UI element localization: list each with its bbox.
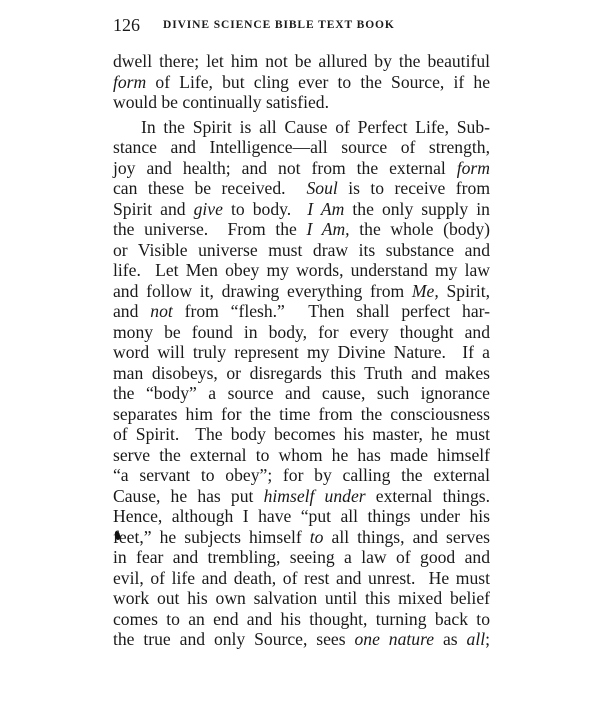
text-line: word will truly represent my Divine Natu… [113,342,490,363]
italic-text: not [150,301,172,321]
text-segment: man disobeys, or disregards this Truth a… [113,363,490,383]
paragraph: In the Spirit is all Cause of Perfect Li… [113,117,490,650]
text-segment: is to receive from [338,178,490,198]
text-line: stance and Intelligence—all source of st… [113,137,490,158]
italic-text: form [457,158,490,178]
text-segment: the only supply in [344,199,490,219]
text-segment: mony be found in body, for every thought… [113,322,490,342]
text-line: work out his own salvation until this mi… [113,588,490,609]
running-title: DIVINE SCIENCE BIBLE TEXT BOOK [163,17,395,33]
text-line: the universe. From the I Am, the whole (… [113,219,490,240]
italic-text: himself under [264,486,366,506]
text-segment: in fear and trembling, seeing a law of g… [113,547,490,567]
text-segment: Spirit and [113,199,194,219]
text-segment: life. Let Men obey my words, understand … [113,260,490,280]
text-segment: or Visible universe must draw its substa… [113,240,490,260]
text-line: and not from “flesh.” Then shall perfect… [113,301,490,322]
italic-text: Soul [306,178,337,198]
text-segment: of Life, but cling ever to the Source, i… [146,72,490,92]
text-line: and follow it, drawing everything from M… [113,281,490,302]
text-segment: Hence, although I have “put all things u… [113,506,490,526]
text-segment: the “body” a source and cause, such igno… [113,383,490,403]
text-line: in fear and trembling, seeing a law of g… [113,547,490,568]
running-head: 126 DIVINE SCIENCE BIBLE TEXT BOOK [113,14,490,36]
text-segment: stance and Intelligence—all source of st… [113,137,490,157]
paragraph: dwell there; let him not be allured by t… [113,51,490,113]
text-line: the true and only Source, sees one natur… [113,629,490,650]
italic-text: Me, [412,281,439,301]
text-line: mony be found in body, for every thought… [113,322,490,343]
body-text: dwell there; let him not be allured by t… [113,51,490,650]
text-segment: external things. [366,486,490,506]
text-segment: comes to an end and his thought, turning… [113,609,490,629]
text-segment: ; [485,629,490,649]
text-line: joy and health; and not from the externa… [113,158,490,179]
text-segment: the universe. From the [113,219,307,239]
text-line: evil, of life and death, of rest and unr… [113,568,490,589]
text-line: Hence, although I have “put all things u… [113,506,490,527]
text-segment: word will truly represent my Divine Natu… [113,342,490,362]
text-segment: from “flesh.” Then shall perfect har- [173,301,490,321]
text-segment: to body. [223,199,307,219]
text-segment: joy and health; and not from the externa… [113,158,457,178]
text-line: serve the external to whom he has made h… [113,445,490,466]
text-line: comes to an end and his thought, turning… [113,609,490,630]
text-segment: as [434,629,466,649]
text-line: would be continually satisfied. [113,92,490,113]
italic-text: I Am, [307,219,350,239]
text-segment: of Spirit. The body becomes his master, … [113,424,490,444]
italic-text: I Am [307,199,344,219]
text-segment: the true and only Source, sees [113,629,354,649]
text-line: Cause, he has put himself under external… [113,486,490,507]
text-line: man disobeys, or disregards this Truth a… [113,363,490,384]
italic-text: one nature [354,629,434,649]
text-segment: and follow it, drawing everything from [113,281,412,301]
text-line: form of Life, but cling ever to the Sour… [113,72,490,93]
text-segment: and [113,301,150,321]
text-segment: In the Spirit is all Cause of Perfect Li… [141,117,490,137]
text-line: dwell there; let him not be allured by t… [113,51,490,72]
text-line: or Visible universe must draw its substa… [113,240,490,261]
italic-text: to [310,527,324,547]
italic-text: all [467,629,486,649]
italic-text: form [113,72,146,92]
text-line: separates him for the time from the cons… [113,404,490,425]
text-segment: evil, of life and death, of rest and unr… [113,568,490,588]
page-number: 126 [113,14,140,36]
text-segment: Cause, he has put [113,486,264,506]
text-segment: “a servant to obey”; for by calling the … [113,465,490,485]
text-segment: separates him for the time from the cons… [113,404,490,424]
text-segment: Spirit, [439,281,490,301]
text-line: In the Spirit is all Cause of Perfect Li… [113,117,490,138]
text-segment: would be continually satisfied. [113,92,329,112]
text-line: Spirit and give to body. I Am the only s… [113,199,490,220]
text-line: life. Let Men obey my words, understand … [113,260,490,281]
text-segment: can these be received. [113,178,306,198]
text-segment: all things, and serves [323,527,490,547]
text-line: feet,” he subjects himself to all things… [113,527,490,548]
text-segment: the whole (body) [350,219,490,239]
text-line: “a servant to obey”; for by calling the … [113,465,490,486]
text-line: the “body” a source and cause, such igno… [113,383,490,404]
text-segment: feet,” he subjects himself [113,527,310,547]
italic-text: give [194,199,223,219]
text-segment: work out his own salvation until this mi… [113,588,490,608]
text-segment: dwell there; let him not be allured by t… [113,51,490,71]
text-segment: serve the external to whom he has made h… [113,445,490,465]
text-line: of Spirit. The body becomes his master, … [113,424,490,445]
text-line: can these be received. Soul is to receiv… [113,178,490,199]
